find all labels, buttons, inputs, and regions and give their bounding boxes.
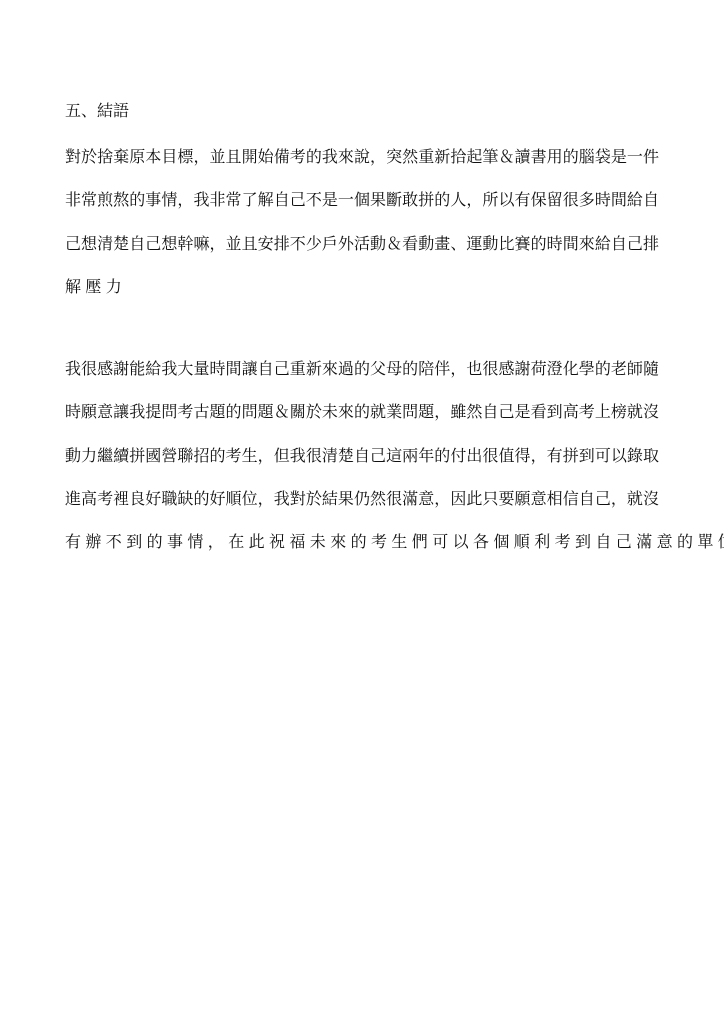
paragraph-line: 對於捨棄原本目標，並且開始備考的我來說，突然重新拾起筆＆讀書用的腦袋是一件 <box>65 147 659 190</box>
paragraph-line: 時願意讓我提問考古題的問題＆關於未來的就業問題，雖然自己是看到高考上榜就沒 <box>65 402 659 445</box>
paragraph-line: 非常煎熬的事情，我非常了解自己不是一個果斷敢拼的人，所以有保留很多時間給自 <box>65 190 659 233</box>
paragraph-line: 我很感謝能給我大量時間讓自己重新來過的父母的陪伴，也很感謝荷澄化學的老師隨 <box>65 359 659 402</box>
paragraph-line: 有辦不到的事情，在此祝福未來的考生們可以各個順利考到自己滿意的單位工作！ <box>65 532 659 575</box>
paragraph-line: 解壓力 <box>65 277 659 320</box>
paragraph-1: 對於捨棄原本目標，並且開始備考的我來說，突然重新拾起筆＆讀書用的腦袋是一件 非常… <box>65 147 659 320</box>
paragraph-2: 我很感謝能給我大量時間讓自己重新來過的父母的陪伴，也很感謝荷澄化學的老師隨 時願… <box>65 359 659 575</box>
paragraph-line: 進高考裡良好職缺的好順位，我對於結果仍然很滿意，因此只要願意相信自己，就沒 <box>65 489 659 532</box>
paragraph-line: 動力繼續拼國營聯招的考生，但我很清楚自己這兩年的付出很值得，有拼到可以錄取 <box>65 446 659 489</box>
paragraph-line: 己想清楚自己想幹嘛，並且安排不少戶外活動＆看動畫、運動比賽的時間來給自己排 <box>65 234 659 277</box>
section-heading: 五、結語 <box>65 101 129 121</box>
